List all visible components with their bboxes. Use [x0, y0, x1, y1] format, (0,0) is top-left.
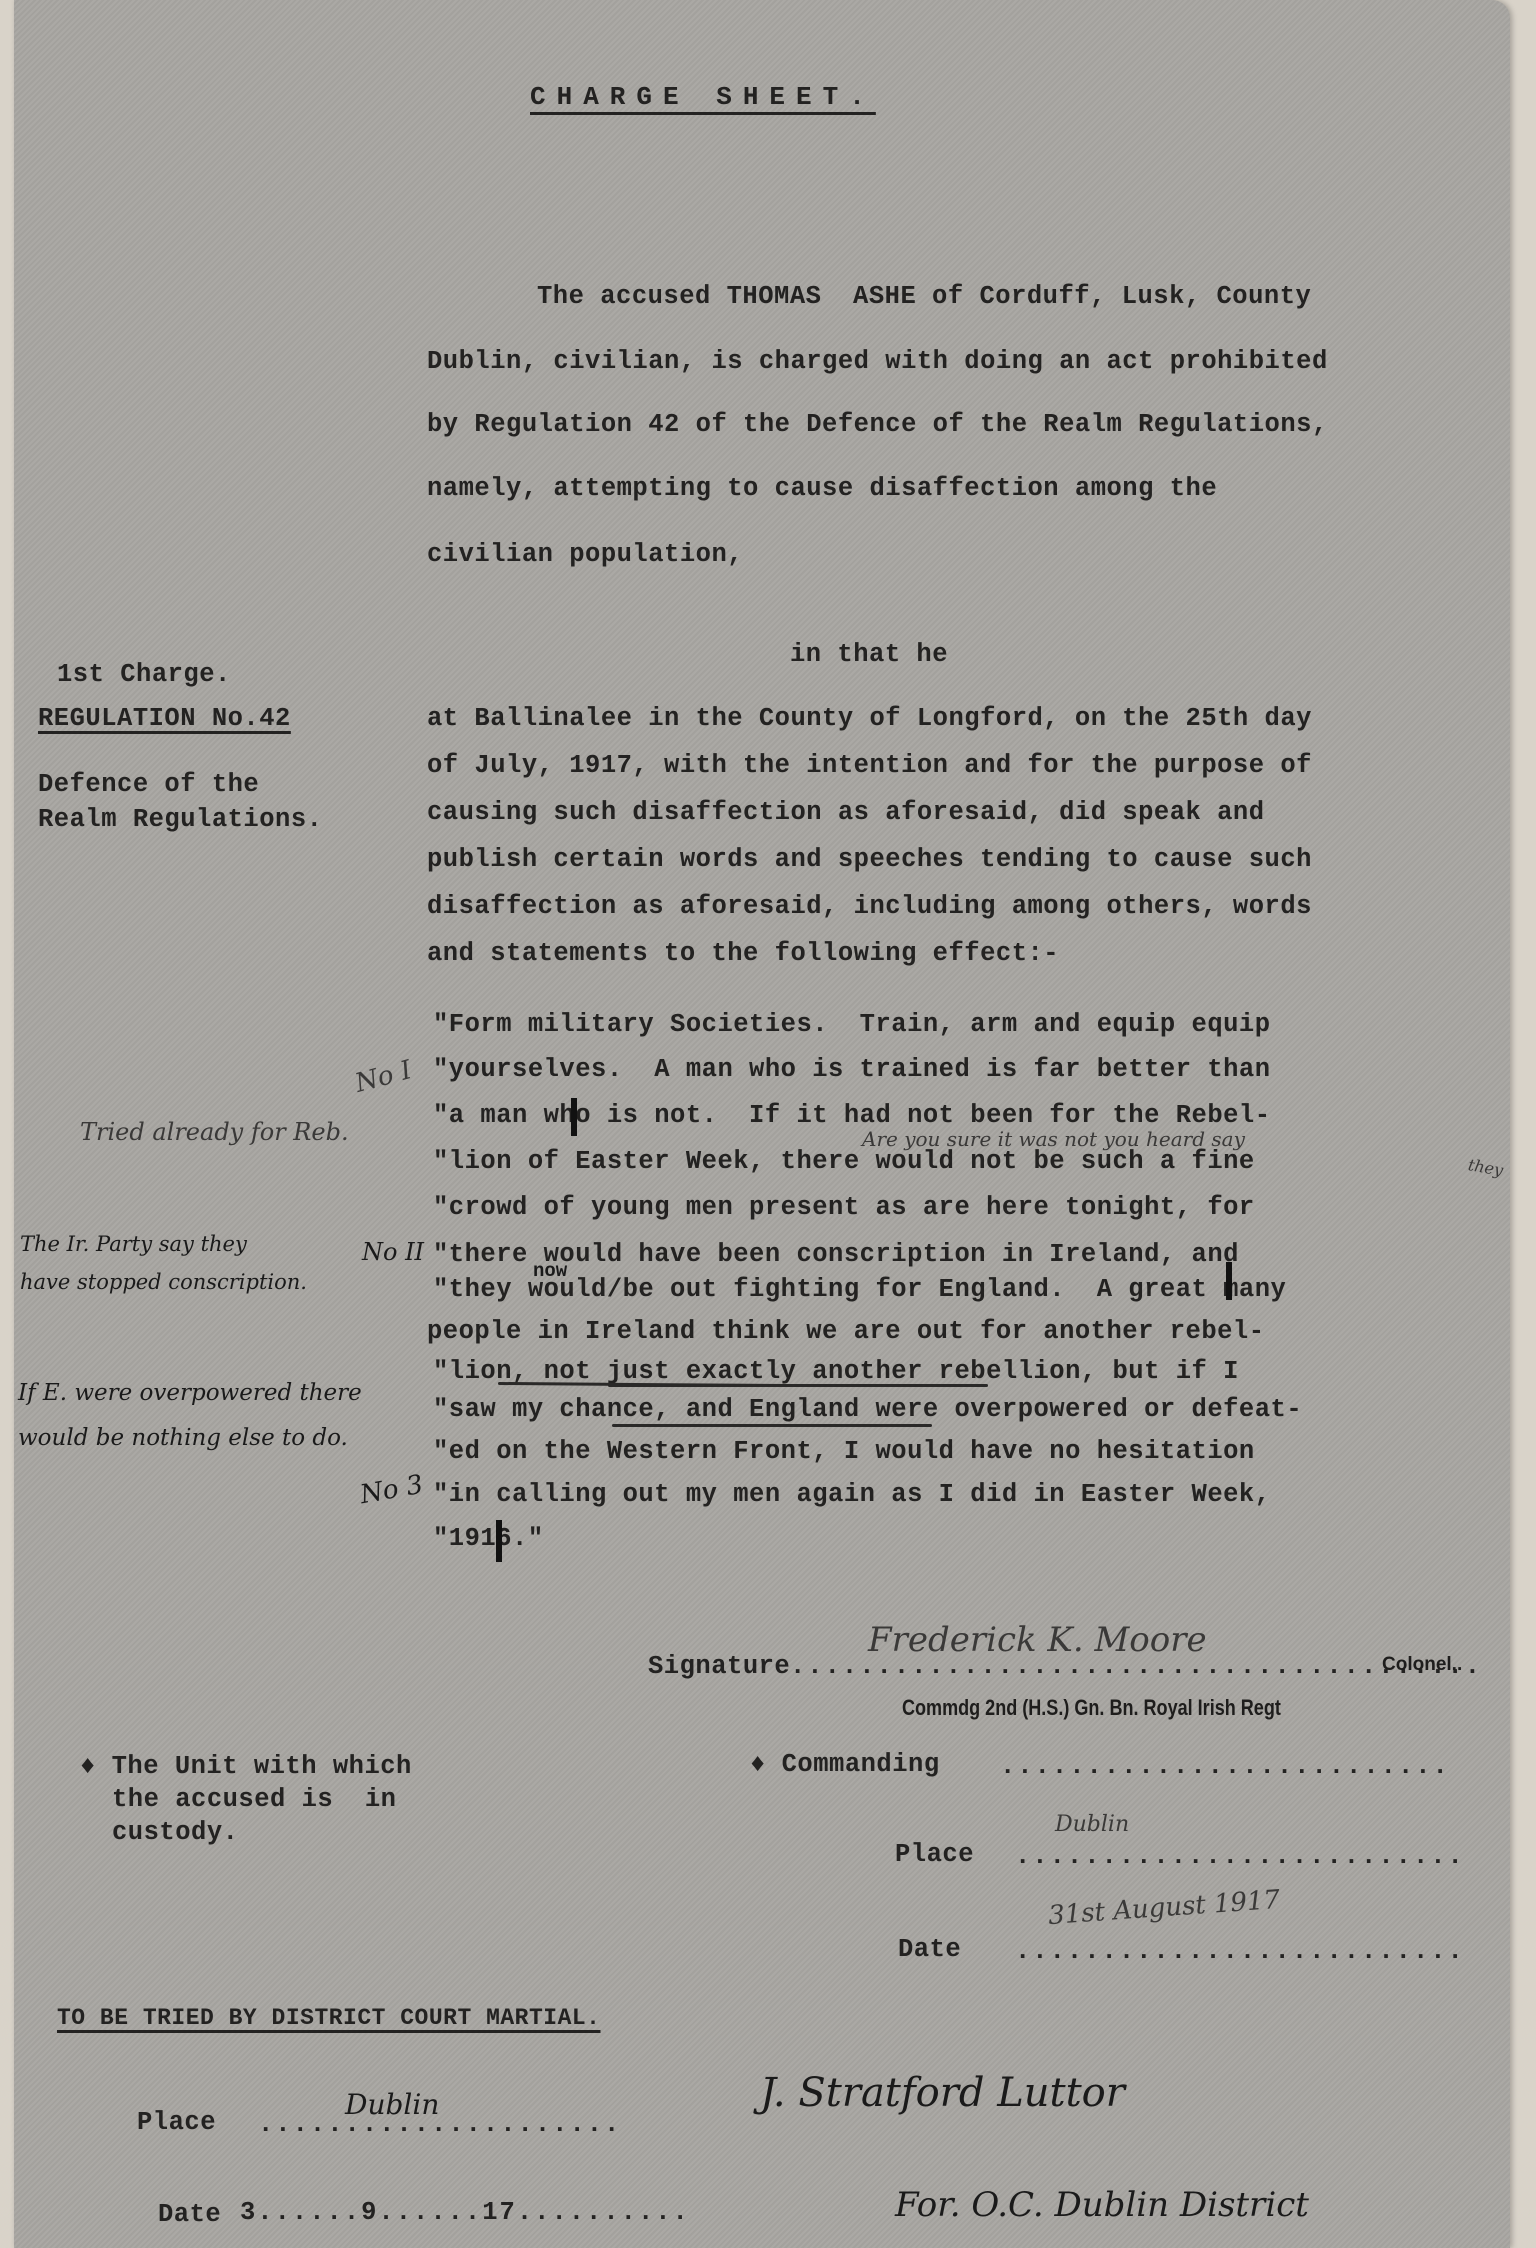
speech-line: "yourselves. A man who is trained is far…	[433, 1055, 1271, 1084]
custody-note-line: the accused is in	[112, 1785, 396, 1814]
in-that-he-label: in that he	[790, 640, 948, 669]
handwritten-underline	[608, 1384, 988, 1387]
place-handwritten: Dublin	[1055, 1812, 1129, 1837]
place-label: Place	[895, 1840, 974, 1869]
commanding-label: ♦ Commanding	[750, 1750, 940, 1779]
intro-line: Dublin, civilian, is charged with doing …	[427, 347, 1328, 376]
particulars-line: causing such disaffection as aforesaid, …	[427, 798, 1265, 827]
speech-line: "lion of Easter Week, there would not be…	[433, 1147, 1255, 1176]
note-text-3: If E. were overpowered there	[18, 1380, 362, 1406]
note-label-no-2: No II	[362, 1238, 424, 1266]
custody-note-line: ♦ The Unit with which	[80, 1752, 412, 1781]
particulars-line: disaffection as aforesaid, including amo…	[427, 892, 1312, 921]
editorial-bar	[571, 1098, 577, 1136]
regulation-number: REGULATION No.42	[38, 704, 291, 733]
intro-line: civilian population,	[427, 540, 743, 569]
note-text-3: would be nothing else to do.	[18, 1425, 348, 1451]
commanding-stamp: Commdg 2nd (H.S.) Gn. Bn. Royal Irish Re…	[902, 1695, 1281, 1721]
note-text-2: have stopped conscription.	[20, 1270, 307, 1294]
intro-line: The accused THOMAS ASHE of Corduff, Lusk…	[537, 282, 1311, 311]
custody-note-line: custody.	[112, 1818, 238, 1847]
regulation-source: Realm Regulations.	[38, 805, 322, 834]
speech-line: people in Ireland think we are out for a…	[427, 1317, 1265, 1346]
speech-line: "saw my chance, and England were overpow…	[433, 1395, 1302, 1424]
note-text-2: The Ir. Party say they	[20, 1232, 247, 1256]
cm-date-label: Date	[158, 2200, 221, 2229]
note-text-1: Tried already for Reb.	[80, 1118, 349, 1146]
cm-signature-title: For. O.C. Dublin District	[895, 2185, 1309, 2225]
speech-line: "1916."	[433, 1524, 544, 1553]
particulars-line: publish certain words and speeches tendi…	[427, 845, 1312, 874]
speech-line: "crowd of young men present as are here …	[433, 1193, 1255, 1222]
intro-line: namely, attempting to cause disaffection…	[427, 474, 1217, 503]
particulars-line: of July, 1917, with the intention and fo…	[427, 751, 1312, 780]
editorial-bar	[1226, 1262, 1232, 1300]
date-line: ..........................	[1015, 1937, 1465, 1966]
commanding-line: ..........................	[1000, 1752, 1450, 1781]
cm-date-value: 3......9......17..........	[240, 2198, 690, 2227]
place-line: ..........................	[1015, 1842, 1465, 1871]
speech-line: "a man who is not. If it had not been fo…	[433, 1101, 1271, 1130]
signature-handwritten: Frederick K. Moore	[868, 1620, 1207, 1660]
cm-signature-handwritten: J. Stratford Luttor	[760, 2070, 1125, 2116]
cm-place-line: .....................	[258, 2110, 621, 2139]
interlinear-question: Are you sure it was not you heard say	[862, 1127, 1245, 1151]
particulars-line: and statements to the following effect:-	[427, 939, 1059, 968]
speech-line: "ed on the Western Front, I would have n…	[433, 1437, 1255, 1466]
rank-suffix: Colonel..	[1382, 1654, 1462, 1676]
particulars-line: at Ballinalee in the County of Longford,…	[427, 704, 1312, 733]
handwritten-underline	[612, 1424, 932, 1427]
speech-line: "in calling out my men again as I did in…	[433, 1480, 1271, 1509]
court-martial-heading: TO BE TRIED BY DISTRICT COURT MARTIAL.	[57, 2005, 601, 2031]
cm-place-handwritten: Dublin	[345, 2088, 439, 2121]
intro-line: by Regulation 42 of the Defence of the R…	[427, 410, 1328, 439]
date-label: Date	[898, 1935, 961, 1964]
insert-now: now	[533, 1260, 567, 1282]
regulation-source: Defence of the	[38, 770, 259, 799]
speech-line: "Form military Societies. Train, arm and…	[433, 1010, 1271, 1039]
document-title: CHARGE SHEET.	[530, 82, 876, 112]
signature-label: Signature	[648, 1652, 790, 1681]
charge-number: 1st Charge.	[57, 660, 231, 689]
editorial-bar	[496, 1520, 502, 1562]
cm-place-label: Place	[137, 2108, 216, 2137]
